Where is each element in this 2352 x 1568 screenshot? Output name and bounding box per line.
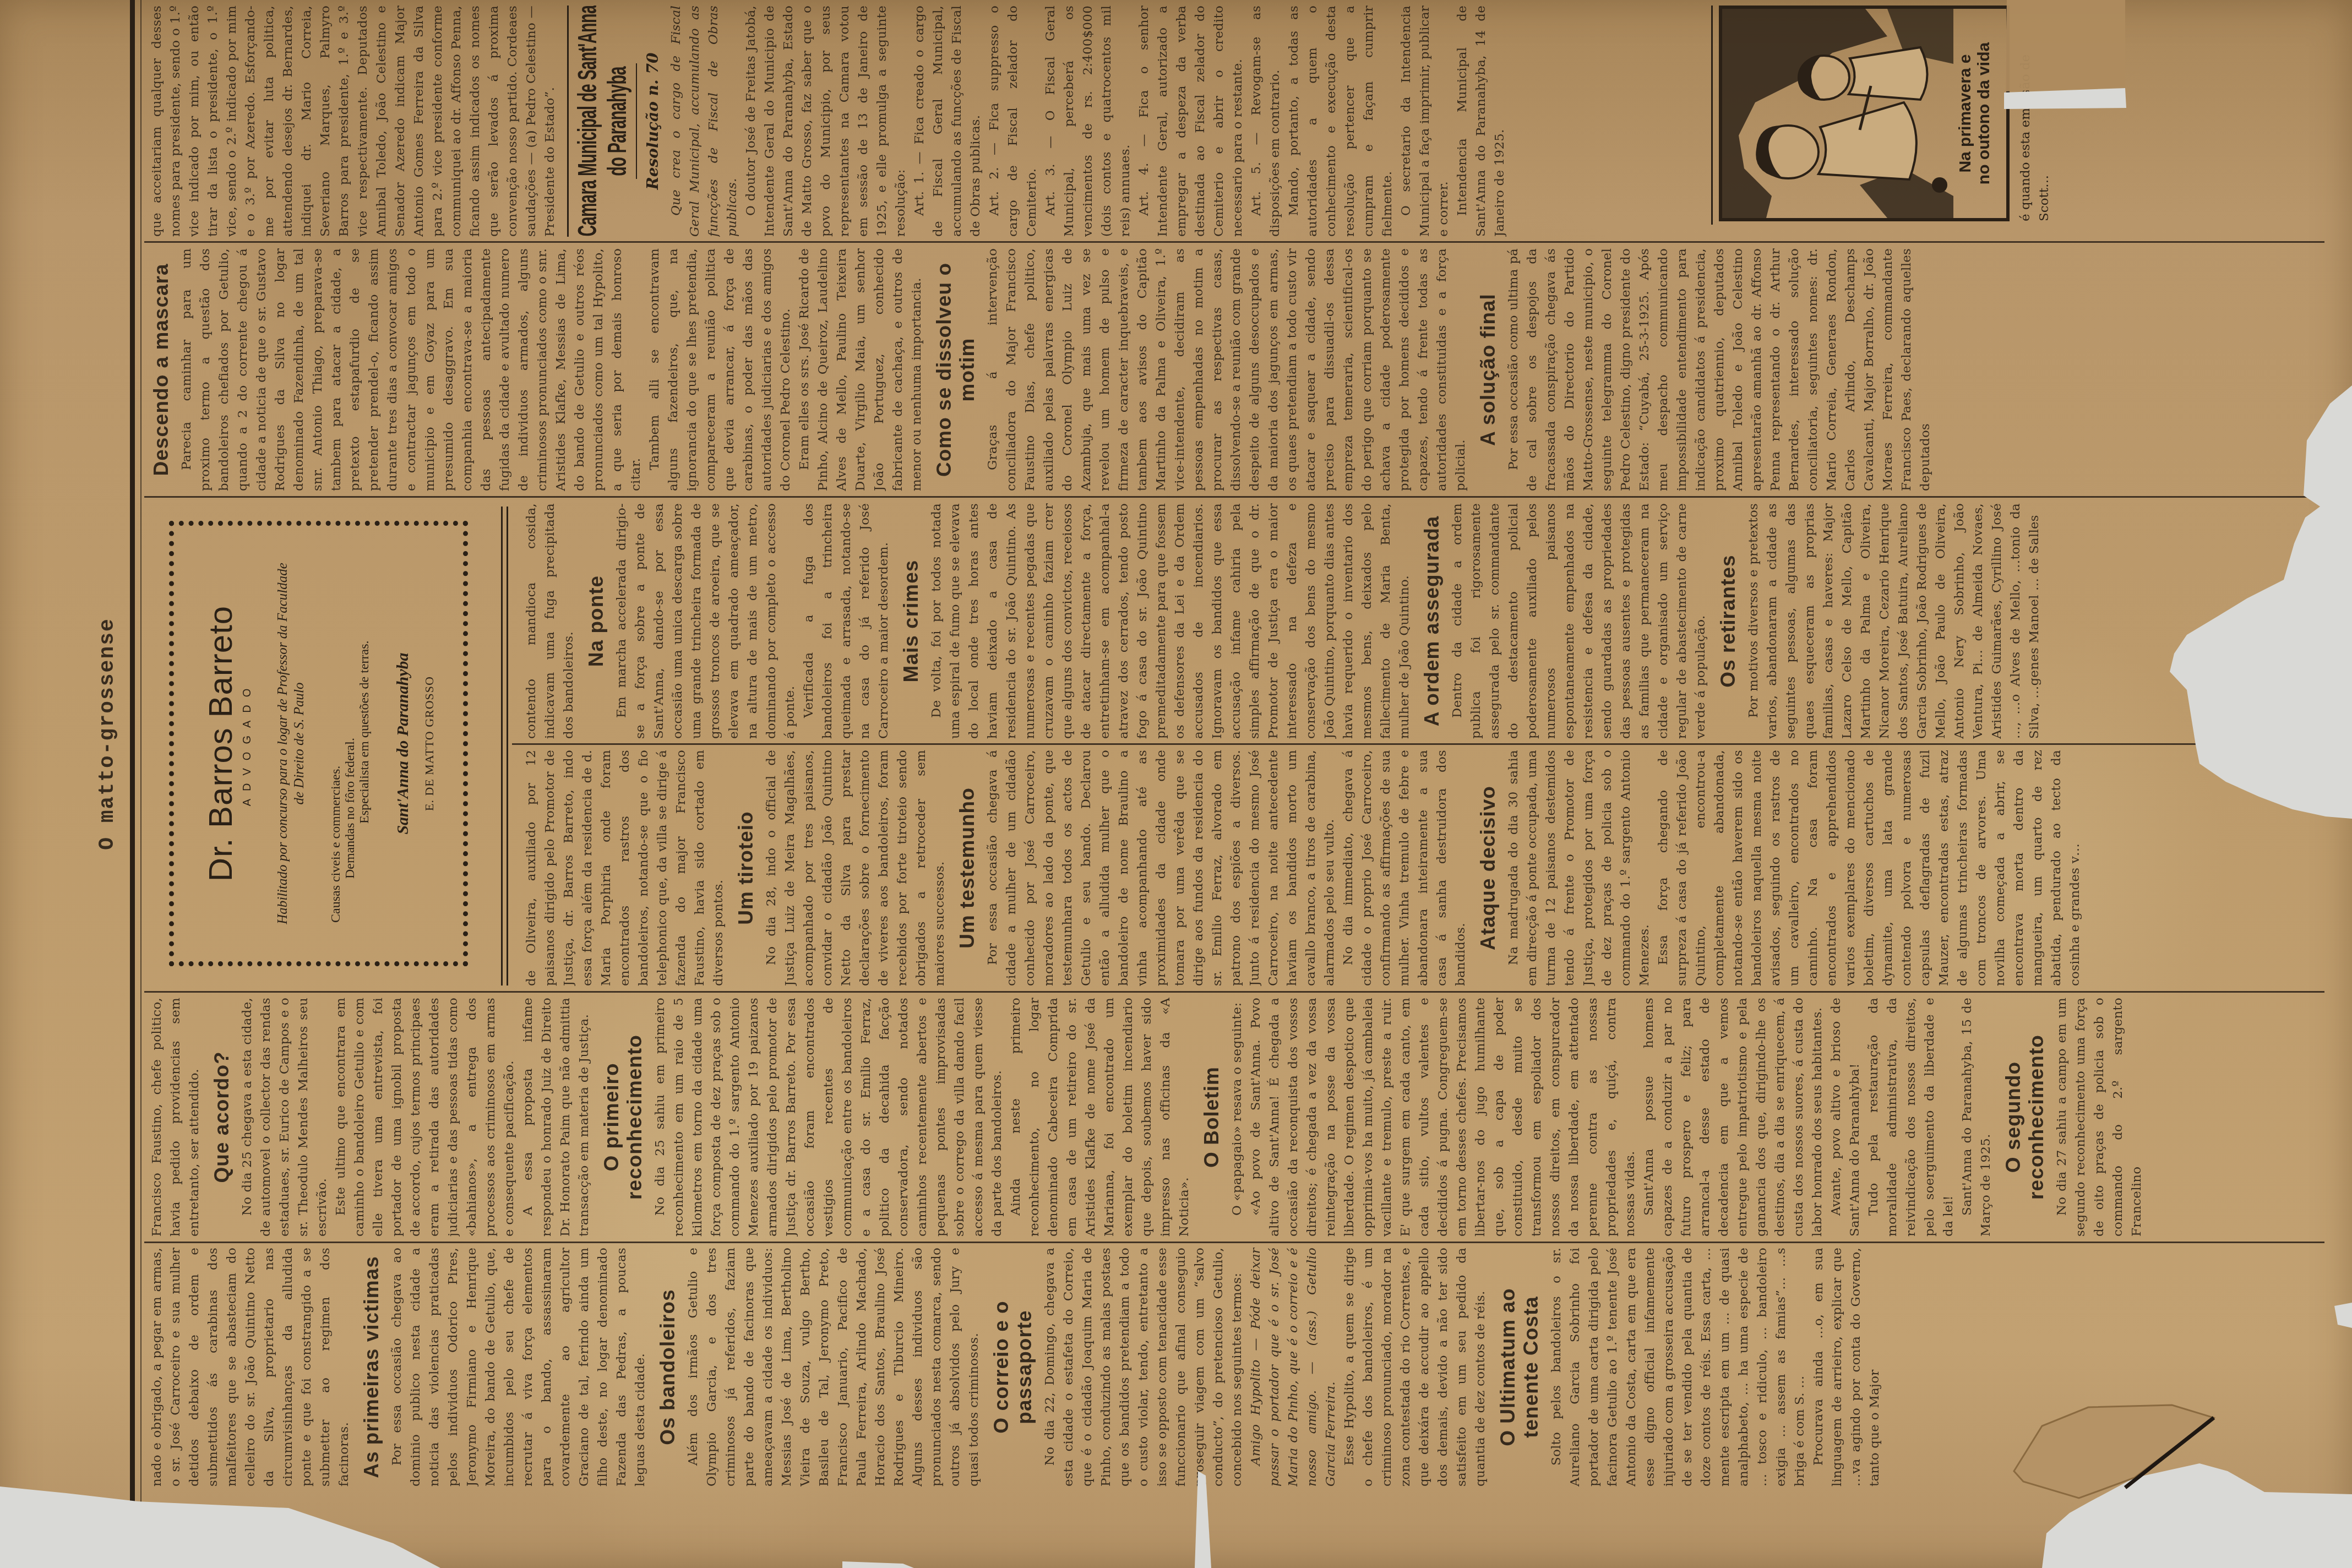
folded-flap — [2005, 0, 2125, 91]
torn-edge — [0, 88, 2352, 1568]
torn-edges-overlay — [0, 0, 2352, 1568]
